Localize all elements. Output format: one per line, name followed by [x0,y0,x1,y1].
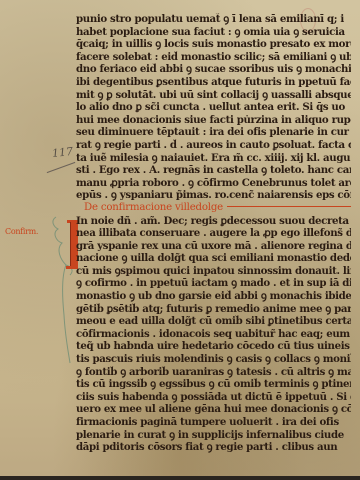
text-line: rat ꝯ regie parti . d̃ . aureos in cauto… [76,139,351,152]
manuscript-text-block: punio stro populatu uemat̃ ꝯ ī lena sā e… [76,13,351,454]
text-line: habet poplacione sua faciut : ꝯ omia uia… [76,26,351,39]
text-line: cū mis ꝯspimou quici inpatou sinnossim d… [76,265,351,278]
text-line: lo alio dno ꝑ sc̃i cuncta . uellut antea… [76,101,351,114]
text-line: facere solebat : eid̃ monastio scilic; s… [76,51,351,64]
text-line: hui mee donacionis siue facti pu̇rzina i… [76,114,351,127]
text-line: punio stro populatu uemat̃ ꝯ ī lena sā e… [76,13,351,26]
text-line: nea illibata conseruare . augere la ꝓp e… [76,227,351,240]
text-line: plenarie in curat ꝯ in supplicijs infern… [76,429,351,442]
text-line: gētib̃ ꝑsētib̃ atq; futuris ꝑ remedio an… [76,303,351,316]
rubric-rule-line [227,206,351,207]
text-line: manu ꝓpria roboro . ꝯ cōfirmo Cenebrunus… [76,177,351,190]
text-line: In noie dñ . am̃. Dec; regis ꝑdecessou s… [76,215,351,228]
text-line: cōfirmacionis . idonacois seq uabitur̃ h… [76,328,351,341]
text-line: ta iuẽ milesia ꝯ naiauiet. Era m̃ cc. xi… [76,152,351,165]
text-line: teq̃ ub habnda uire hedetario cōcedo cū … [76,340,351,353]
text-line: monastio ꝯ ub dno garsie eid̃ abbi ꝯ mon… [76,290,351,303]
text-line: grā yspanie rex una cū uxore mā . alieno… [76,240,351,253]
marginal-folio-number: 117 [51,145,73,160]
text-line: tis cū ingssib̃ ꝯ egssibus ꝯ cū omib̃ te… [76,378,351,391]
text-line: uero ex mee ul aliene gēna hui mee donac… [76,403,351,416]
text-line: ꝯ cofirmo . in ppetuū iactam ꝯ mado . et… [76,277,351,290]
marginal-rubric-note: Confirm. [5,227,38,236]
text-line: epūs . ꝯ yspaniaru p̃imas. ro.cenc̃ naia… [76,189,351,202]
text-line: ciis suis habenda ꝯ possiāda ut dictū ē … [76,391,351,404]
rubric-heading: De confirmacione villedolge [84,202,223,213]
text-line: sti . Ego rex . A. regnās in castella ꝯ … [76,164,351,177]
page-bottom-edge [0,476,360,480]
text-line: ꝯ fontib̃ ꝯ arborib̃ uaraniras ꝯ tatesis… [76,366,351,379]
text-line: dāpi pditoris cōsors fiat ꝯ regie parti … [76,441,351,454]
text-line: ibi degentibus ꝑsentibus atque futuris i… [76,76,351,89]
text-line: firmacionis paginā tumpere uoluerit . ir… [76,416,351,429]
rubric-heading-line: De confirmacione villedolge [76,202,351,215]
text-line: meou e ead uilla dolg̃t cū omib̃ sibi ꝑt… [76,315,351,328]
text-line: nacione ꝯ uilla dolg̃t qua sci emiliani … [76,252,351,265]
text-line: seu diminuere tēptauit : ira dei ofis pl… [76,126,351,139]
text-line: dno feriaco eid̃ abbi ꝯ sucae ssoribus u… [76,63,351,76]
text-line: tis pascuis riuis molendinis ꝯ casis ꝯ c… [76,353,351,366]
text-line: mit ꝯ ꝑ solutāt. ubi uū sint collacij ꝯ … [76,89,351,102]
text-line: q̄caiq; in uillis ꝯ locis suis monastio … [76,38,351,51]
